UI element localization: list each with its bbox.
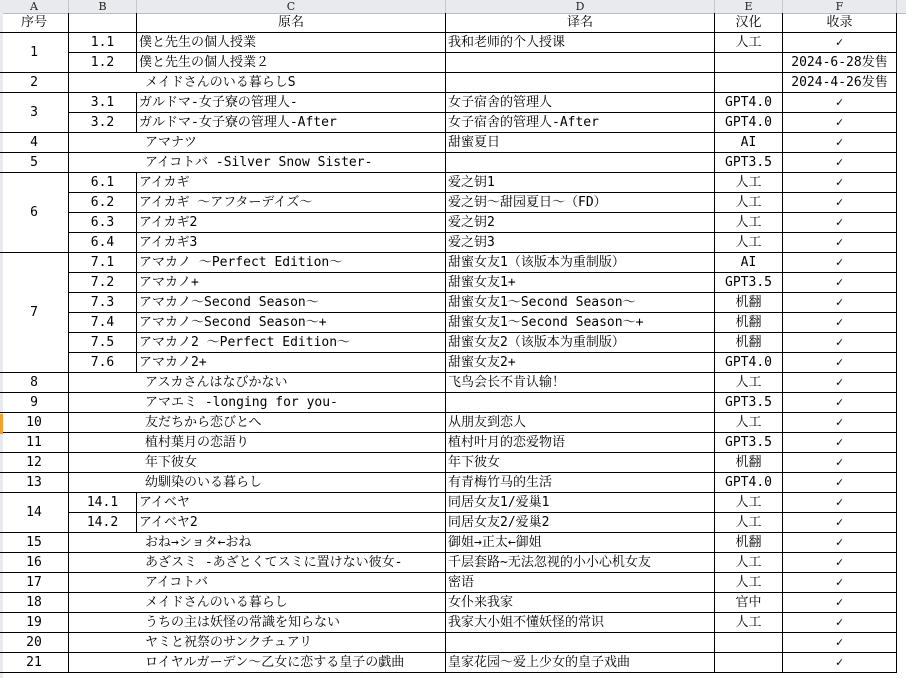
sub-number-cell[interactable]: 3.1 [69,93,137,113]
column-header-f[interactable]: F [783,0,897,13]
header-cell-included[interactable]: 收录 [783,13,897,33]
original-name-cell[interactable]: アイカギ2 [137,213,446,233]
seq-cell[interactable]: 14 [0,493,69,533]
included-check-cell[interactable]: ✓ [783,33,897,53]
localization-cell[interactable]: 机翻 [715,313,783,333]
translated-name-cell[interactable]: 女子宿舍的管理人-After [446,113,715,133]
localization-cell[interactable]: 人工 [715,553,783,573]
localization-cell[interactable]: 机翻 [715,293,783,313]
included-check-cell[interactable]: ✓ [783,593,897,613]
original-name-cell[interactable]: アマナツ [69,133,446,153]
localization-cell[interactable]: GPT3.5 [715,393,783,413]
original-name-cell[interactable]: ガルドマ-女子寮の管理人-After [137,113,446,133]
original-name-cell[interactable]: メイドさんのいる暮らしS [69,73,446,93]
included-check-cell[interactable]: ✓ [783,513,897,533]
localization-cell[interactable]: GPT3.5 [715,433,783,453]
original-name-cell[interactable]: アイカギ3 [137,233,446,253]
localization-cell[interactable]: AI [715,253,783,273]
included-check-cell[interactable]: ✓ [783,433,897,453]
translated-name-cell[interactable]: 甜蜜女友1～Second Season～ [446,293,715,313]
translated-name-cell[interactable]: 同居女友2/爱巢2 [446,513,715,533]
seq-cell[interactable]: 7 [0,253,69,373]
included-check-cell[interactable]: ✓ [783,373,897,393]
sub-number-cell[interactable]: 6.1 [69,173,137,193]
included-check-cell[interactable]: ✓ [783,353,897,373]
translated-name-cell[interactable] [446,633,715,653]
original-name-cell[interactable]: ガルドマ-女子寮の管理人- [137,93,446,113]
sub-number-cell[interactable]: 7.2 [69,273,137,293]
localization-cell[interactable] [715,53,783,73]
original-name-cell[interactable]: アマカノ2+ [137,353,446,373]
included-check-cell[interactable]: ✓ [783,113,897,133]
original-name-cell[interactable]: アマカノ～Second Season～ [137,293,446,313]
header-cell-translated[interactable]: 译名 [446,13,715,33]
header-cell-seq[interactable]: 序号 [0,13,69,33]
localization-cell[interactable]: 人工 [715,493,783,513]
sub-number-cell[interactable]: 1.2 [69,53,137,73]
sub-number-cell[interactable]: 7.6 [69,353,137,373]
localization-cell[interactable]: GPT3.5 [715,273,783,293]
column-header-e[interactable]: E [715,0,783,13]
localization-cell[interactable]: GPT4.0 [715,113,783,133]
translated-name-cell[interactable]: 甜蜜女友1～Second Season～+ [446,313,715,333]
original-name-cell[interactable]: メイドさんのいる暮らし [69,593,446,613]
translated-name-cell[interactable]: 我和老师的个人授课 [446,33,715,53]
included-check-cell[interactable]: ✓ [783,153,897,173]
localization-cell[interactable]: 机翻 [715,533,783,553]
included-check-cell[interactable]: ✓ [783,553,897,573]
translated-name-cell[interactable]: 甜蜜女友1（该版本为重制版） [446,253,715,273]
original-name-cell[interactable]: アマカノ+ [137,273,446,293]
translated-name-cell[interactable]: 千层套路~无法忽视的小小心机女友 [446,553,715,573]
sub-number-cell[interactable]: 7.3 [69,293,137,313]
seq-cell[interactable]: 15 [0,533,69,553]
translated-name-cell[interactable]: 皇家花园～爱上少女的皇子戏曲 [446,653,715,673]
sub-number-cell[interactable]: 7.4 [69,313,137,333]
included-check-cell[interactable]: ✓ [783,293,897,313]
localization-cell[interactable]: 官中 [715,593,783,613]
localization-cell[interactable]: 人工 [715,213,783,233]
included-check-cell[interactable]: ✓ [783,393,897,413]
translated-name-cell[interactable]: 爱之钥～甜园夏日～（FD） [446,193,715,213]
translated-name-cell[interactable]: 女子宿舍的管理人 [446,93,715,113]
original-name-cell[interactable]: 友だちから恋びとへ [69,413,446,433]
seq-cell[interactable]: 11 [0,433,69,453]
sub-number-cell[interactable]: 7.1 [69,253,137,273]
translated-name-cell[interactable]: 植村叶月的恋爱物语 [446,433,715,453]
header-cell-localization[interactable]: 汉化 [715,13,783,33]
release-date-cell[interactable]: 2024-6-28发售 [783,53,897,73]
translated-name-cell[interactable]: 我家大小姐不懂妖怪的常识 [446,613,715,633]
translated-name-cell[interactable]: 爱之钥2 [446,213,715,233]
localization-cell[interactable]: 人工 [715,173,783,193]
included-check-cell[interactable]: ✓ [783,313,897,333]
translated-name-cell[interactable] [446,393,715,413]
included-check-cell[interactable]: ✓ [783,253,897,273]
seq-cell[interactable]: 8 [0,373,69,393]
original-name-cell[interactable]: アマカノ2 ～Perfect Edition～ [137,333,446,353]
original-name-cell[interactable]: 年下彼女 [69,453,446,473]
seq-cell[interactable]: 1 [0,33,69,73]
original-name-cell[interactable]: アスカさんはなびかない [69,373,446,393]
seq-cell[interactable]: 17 [0,573,69,593]
localization-cell[interactable] [715,73,783,93]
sub-number-cell[interactable]: 14.2 [69,513,137,533]
seq-cell[interactable]: 9 [0,393,69,413]
original-name-cell[interactable]: 僕と先生の個人授業 [137,33,446,53]
included-check-cell[interactable]: ✓ [783,413,897,433]
localization-cell[interactable]: 人工 [715,373,783,393]
original-name-cell[interactable]: アマエミ -longing for you- [69,393,446,413]
translated-name-cell[interactable]: 飞鸟会长不肯认输！ [446,373,715,393]
original-name-cell[interactable]: 植村葉月の恋語り [69,433,446,453]
localization-cell[interactable] [715,633,783,653]
column-header-d[interactable]: D [446,0,715,13]
original-name-cell[interactable]: アイコトバ -Silver Snow Sister- [69,153,446,173]
localization-cell[interactable]: 人工 [715,613,783,633]
localization-cell[interactable]: AI [715,133,783,153]
localization-cell[interactable]: GPT4.0 [715,473,783,493]
sub-number-cell[interactable]: 3.2 [69,113,137,133]
seq-cell[interactable]: 21 [0,653,69,673]
sub-number-cell[interactable]: 7.5 [69,333,137,353]
translated-name-cell[interactable] [446,153,715,173]
column-header-c[interactable]: C [137,0,446,13]
translated-name-cell[interactable]: 甜蜜夏日 [446,133,715,153]
seq-cell[interactable]: 13 [0,473,69,493]
seq-cell[interactable]: 16 [0,553,69,573]
sub-number-cell[interactable]: 1.1 [69,33,137,53]
included-check-cell[interactable]: ✓ [783,653,897,673]
included-check-cell[interactable]: ✓ [783,613,897,633]
translated-name-cell[interactable]: 爱之钥1 [446,173,715,193]
seq-cell[interactable]: 4 [0,133,69,153]
included-check-cell[interactable]: ✓ [783,453,897,473]
sub-number-cell[interactable]: 6.2 [69,193,137,213]
localization-cell[interactable]: 人工 [715,513,783,533]
original-name-cell[interactable]: ロイヤルガーデン～乙女に恋する皇子の戯曲 [69,653,446,673]
header-cell-sub[interactable] [69,13,137,33]
seq-cell[interactable]: 5 [0,153,69,173]
original-name-cell[interactable]: おね→ショタ←おね [69,533,446,553]
translated-name-cell[interactable] [446,53,715,73]
translated-name-cell[interactable]: 甜蜜女友1+ [446,273,715,293]
header-cell-original[interactable]: 原名 [137,13,446,33]
translated-name-cell[interactable]: 甜蜜女友2+ [446,353,715,373]
original-name-cell[interactable]: ヤミと祝祭のサンクチュアリ [69,633,446,653]
localization-cell[interactable]: GPT4.0 [715,353,783,373]
translated-name-cell[interactable]: 密语 [446,573,715,593]
original-name-cell[interactable]: アイコトバ [69,573,446,593]
original-name-cell[interactable]: うちの主は妖怪の常識を知らない [69,613,446,633]
included-check-cell[interactable]: ✓ [783,633,897,653]
release-date-cell[interactable]: 2024-4-26发售 [783,73,897,93]
translated-name-cell[interactable]: 有青梅竹马的生活 [446,473,715,493]
seq-cell[interactable]: 2 [0,73,69,93]
localization-cell[interactable]: GPT4.0 [715,93,783,113]
translated-name-cell[interactable]: 同居女友1/爱巢1 [446,493,715,513]
translated-name-cell[interactable] [446,73,715,93]
seq-cell[interactable]: 19 [0,613,69,633]
seq-cell[interactable]: 3 [0,93,69,133]
seq-cell[interactable]: 18 [0,593,69,613]
included-check-cell[interactable]: ✓ [783,133,897,153]
translated-name-cell[interactable]: 女仆来我家 [446,593,715,613]
translated-name-cell[interactable]: 从朋友到恋人 [446,413,715,433]
translated-name-cell[interactable]: 甜蜜女友2（该版本为重制版） [446,333,715,353]
included-check-cell[interactable]: ✓ [783,333,897,353]
seq-cell[interactable]: 20 [0,633,69,653]
sub-number-cell[interactable]: 14.1 [69,493,137,513]
original-name-cell[interactable]: アマカノ ～Perfect Edition～ [137,253,446,273]
column-header-bar: ABCDEF [0,0,906,14]
sub-number-cell[interactable]: 6.4 [69,233,137,253]
localization-cell[interactable]: 机翻 [715,333,783,353]
original-name-cell[interactable]: アイベヤ2 [137,513,446,533]
localization-cell[interactable]: GPT3.5 [715,153,783,173]
original-name-cell[interactable]: 僕と先生の個人授業２ [137,53,446,73]
included-check-cell[interactable]: ✓ [783,573,897,593]
localization-cell[interactable]: 人工 [715,233,783,253]
translated-name-cell[interactable]: 爱之钥3 [446,233,715,253]
localization-cell[interactable]: 人工 [715,193,783,213]
original-name-cell[interactable]: 幼馴染のいる暮らし [69,473,446,493]
included-check-cell[interactable]: ✓ [783,193,897,213]
localization-cell[interactable]: 人工 [715,413,783,433]
original-name-cell[interactable]: アイベヤ [137,493,446,513]
included-check-cell[interactable]: ✓ [783,473,897,493]
original-name-cell[interactable]: アイカギ [137,173,446,193]
translated-name-cell[interactable]: 御姐→正太←御姐 [446,533,715,553]
localization-cell[interactable]: 人工 [715,573,783,593]
seq-cell[interactable]: 10 [0,413,69,433]
localization-cell[interactable]: 机翻 [715,453,783,473]
included-check-cell[interactable]: ✓ [783,213,897,233]
active-row-marker [0,414,3,434]
included-check-cell[interactable]: ✓ [783,493,897,513]
column-header-b[interactable]: B [69,0,137,13]
original-name-cell[interactable]: アマカノ～Second Season～+ [137,313,446,333]
included-check-cell[interactable]: ✓ [783,93,897,113]
localization-cell[interactable] [715,653,783,673]
included-check-cell[interactable]: ✓ [783,233,897,253]
seq-cell[interactable]: 12 [0,453,69,473]
column-header-a[interactable]: A [0,0,69,13]
included-check-cell[interactable]: ✓ [783,533,897,553]
original-name-cell[interactable]: あざスミ -あざとくてスミに置けない彼女- [69,553,446,573]
localization-cell[interactable]: 人工 [715,33,783,53]
included-check-cell[interactable]: ✓ [783,173,897,193]
seq-cell[interactable]: 6 [0,173,69,253]
included-check-cell[interactable]: ✓ [783,273,897,293]
sub-number-cell[interactable]: 6.3 [69,213,137,233]
translated-name-cell[interactable]: 年下彼女 [446,453,715,473]
original-name-cell[interactable]: アイカギ ～アフターデイズ～ [137,193,446,213]
